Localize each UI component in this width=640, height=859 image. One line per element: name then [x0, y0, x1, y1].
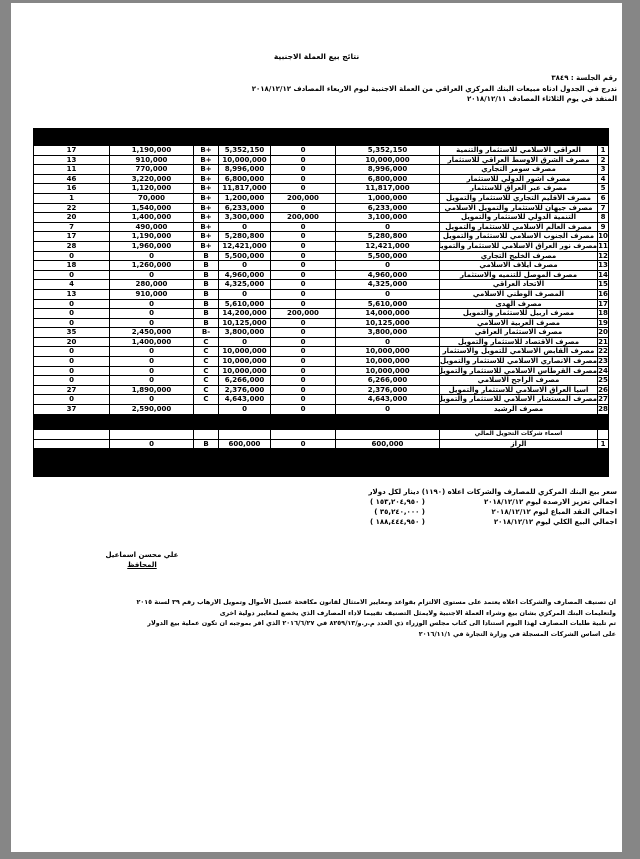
bank-name-cell: مصرف الأقليم التجاري للاستثمار والتمويل [440, 193, 598, 203]
bank-name-cell: مصرف الاستثمار العراقي [440, 328, 598, 338]
redacted-footer-bar [34, 449, 609, 477]
total-cell: 1,200,000 [219, 193, 271, 203]
bank-row: 26اسيا العراق الاسلامي للاستثمار والتموي… [34, 385, 609, 395]
cash-sold-cell: 0 [271, 165, 336, 175]
citizen-amount-cell: 0 [110, 439, 194, 449]
bank-row: 4مصرف اشور الدولي للاستثمار6,800,00006,8… [34, 174, 609, 184]
cash-sold-cell: 0 [271, 203, 336, 213]
remittances-cell: 5,500,000 [336, 251, 440, 261]
remittances-cell: 2,376,000 [336, 385, 440, 395]
remittances-cell [336, 429, 440, 439]
serial-cell: 17 [598, 299, 609, 309]
bank-row: 6مصرف الأقليم التجاري للاستثمار والتمويل… [34, 193, 609, 203]
grade-cell: B [194, 318, 219, 328]
cash-sold-cell: 0 [271, 155, 336, 165]
citizen-count-cell: 37 [34, 405, 110, 415]
document-page: نتائج بيع العملة الاجنبية رقم الجلسة : ٣… [11, 3, 622, 852]
summary-block: سعر بيع البنك المركزي للمصارف والشركات ا… [11, 487, 617, 527]
remittances-cell: 10,000,000 [336, 155, 440, 165]
citizen-count-cell: 7 [34, 222, 110, 232]
citizen-amount-cell: 0 [110, 251, 194, 261]
serial-cell: 25 [598, 376, 609, 386]
citizen-count-cell: 18 [34, 261, 110, 271]
cash-sold-cell: 0 [271, 357, 336, 367]
citizen-amount-cell: 0 [110, 357, 194, 367]
total-cell: 3,800,000 [219, 328, 271, 338]
intro-line: ندرج في الجدول ادناه مبيعات البنك المركز… [21, 84, 617, 95]
citizen-amount-cell: 0 [110, 299, 194, 309]
serial-cell: 7 [598, 203, 609, 213]
grade-cell: B [194, 439, 219, 449]
bank-row: 3مصرف سومر التجاري8,996,00008,996,000B+7… [34, 165, 609, 175]
remittances-cell: 0 [336, 289, 440, 299]
citizen-count-cell: 46 [34, 174, 110, 184]
page-title: نتائج بيع العملة الاجنبية [11, 52, 622, 61]
citizen-count-cell: 1 [34, 193, 110, 203]
grade-cell: B+ [194, 232, 219, 242]
transfer-company-row: 1الراز600,0000600,000B0 [34, 439, 609, 449]
bank-name-cell: مصرف نور العراق الاسلامي للاستثمار والتم… [440, 241, 598, 251]
citizen-count-cell: 0 [34, 357, 110, 367]
citizen-count-cell: 0 [34, 299, 110, 309]
citizen-count-cell: 0 [34, 376, 110, 386]
total-cell: 14,200,000 [219, 309, 271, 319]
summary-total-lines: اجمالي تعزيز الارصدة ليوم ٢٠١٨/١٢/١٢( ١٥… [11, 497, 617, 527]
citizen-amount-cell: 0 [110, 318, 194, 328]
exchange-rate-line: سعر بيع البنك المركزي للمصارف والشركات ا… [11, 487, 617, 497]
grade-cell: B+ [194, 165, 219, 175]
remittances-cell: 14,000,000 [336, 309, 440, 319]
grade-cell: B [194, 261, 219, 271]
grade-cell: C [194, 347, 219, 357]
citizen-amount-cell: 910,000 [110, 289, 194, 299]
citizen-amount-cell: 770,000 [110, 165, 194, 175]
cash-sold-cell: 0 [271, 184, 336, 194]
cash-sold-cell: 0 [271, 261, 336, 271]
total-cell: 8,996,000 [219, 165, 271, 175]
governor-title: المحافظ [83, 560, 201, 570]
cash-sold-cell: 0 [271, 289, 336, 299]
serial-cell: 20 [598, 328, 609, 338]
bank-name-cell: الاتحاد العراقي [440, 280, 598, 290]
grade-cell: B+ [194, 174, 219, 184]
total-cell: 11,817,000 [219, 184, 271, 194]
total-cell: 0 [219, 261, 271, 271]
bank-row: 8التنمية الدولي للاستثمار والتمويل3,100,… [34, 213, 609, 223]
transfer-companies-section-row: اسماء شركات التحويل المالي [34, 429, 609, 439]
remittances-cell: 10,000,000 [336, 347, 440, 357]
serial-cell: 21 [598, 337, 609, 347]
citizen-count-cell [34, 429, 110, 439]
total-cell: 5,500,000 [219, 251, 271, 261]
total-cell: 600,000 [219, 439, 271, 449]
serial-cell: 2 [598, 155, 609, 165]
serial-cell: 22 [598, 347, 609, 357]
citizen-count-cell: 22 [34, 203, 110, 213]
citizen-amount-cell: 1,540,000 [110, 203, 194, 213]
redacted-black-bar [34, 129, 609, 146]
grade-cell: C [194, 376, 219, 386]
remittances-cell: 10,125,000 [336, 318, 440, 328]
bank-row: 17مصرف الهدى5,610,00005,610,000B00 [34, 299, 609, 309]
citizen-amount-cell: 0 [110, 309, 194, 319]
bank-name-cell: مصرف العالم الاسلامي للاستثمار والتمويل [440, 222, 598, 232]
serial-cell: 23 [598, 357, 609, 367]
serial-cell: 3 [598, 165, 609, 175]
citizen-amount-cell: 2,590,000 [110, 405, 194, 415]
citizen-amount-cell: 70,000 [110, 193, 194, 203]
serial-cell: 5 [598, 184, 609, 194]
grade-cell: B+ [194, 184, 219, 194]
serial-cell: 15 [598, 280, 609, 290]
bank-name-cell: مصرف العربية الاسلامي [440, 318, 598, 328]
total-cell: 10,000,000 [219, 366, 271, 376]
total-cell: 0 [219, 405, 271, 415]
citizen-count-cell: 27 [34, 385, 110, 395]
bank-name-cell: المصرف الوطني الاسلامي [440, 289, 598, 299]
serial-cell: 1 [598, 146, 609, 156]
remittances-cell: 0 [336, 261, 440, 271]
total-cell: 4,960,000 [219, 270, 271, 280]
bank-row: 21مصرف الأقتصاد للاستثمار والتمويل000C1,… [34, 337, 609, 347]
bank-name-cell: مصرف الرشيد [440, 405, 598, 415]
cash-sold-cell: 0 [271, 385, 336, 395]
citizen-amount-cell: 1,120,000 [110, 184, 194, 194]
cash-sold-cell: 0 [271, 222, 336, 232]
bank-name-cell: مصرف سومر التجاري [440, 165, 598, 175]
bank-row: 12مصرف الخليج التجاري5,500,00005,500,000… [34, 251, 609, 261]
total-cell: 6,266,000 [219, 376, 271, 386]
citizen-amount-cell: 1,190,000 [110, 146, 194, 156]
grade-cell: B [194, 251, 219, 261]
footnote-line: ولتعليمات البنك المركزي بشان بيع وشراء ا… [25, 608, 616, 619]
bank-row: 18مصرف اربيل للاستثمار والتمويل14,000,00… [34, 309, 609, 319]
bank-row: 15الاتحاد العراقي4,325,00004,325,000B280… [34, 280, 609, 290]
cash-sold-cell: 0 [271, 280, 336, 290]
citizen-count-cell [34, 439, 110, 449]
bank-name-cell: مصرف الهدى [440, 299, 598, 309]
cash-sold-cell: 200,000 [271, 309, 336, 319]
redacted-table-header-bar [34, 129, 609, 146]
bank-name-cell: مصرف جيهان للاستثمار والتمويل الاسلامي [440, 203, 598, 213]
grade-cell: B [194, 299, 219, 309]
total-cell: 4,325,000 [219, 280, 271, 290]
remittances-cell: 11,817,000 [336, 184, 440, 194]
total-cell: 10,000,000 [219, 155, 271, 165]
citizen-amount-cell: 0 [110, 270, 194, 280]
citizen-count-cell: 0 [34, 395, 110, 405]
cash-sold-cell [271, 429, 336, 439]
citizen-count-cell: 16 [34, 184, 110, 194]
footnote-line: تم تلبية طلبات المصارف لهذا اليوم استناد… [25, 618, 616, 629]
bank-row: 13مصرف ايلاف الاسلامي000B1,260,00018 [34, 261, 609, 271]
serial-cell: 8 [598, 213, 609, 223]
bank-name-cell: مصرف عبر العراق للاستثمار [440, 184, 598, 194]
redacted-black-bar [34, 449, 609, 477]
bank-name-cell: مصرف الموصل للتنميه والاستثمار [440, 270, 598, 280]
grade-cell: B [194, 289, 219, 299]
total-cell [219, 429, 271, 439]
total-cell: 10,125,000 [219, 318, 271, 328]
grade-cell [194, 429, 219, 439]
remittances-cell: 3,800,000 [336, 328, 440, 338]
citizen-count-cell: 0 [34, 309, 110, 319]
exchange-rate-text: سعر بيع البنك المركزي للمصارف والشركات ا… [369, 487, 617, 497]
serial-cell: 16 [598, 289, 609, 299]
bank-row: 16المصرف الوطني الاسلامي000B910,00013 [34, 289, 609, 299]
remittances-cell: 4,960,000 [336, 270, 440, 280]
cash-sold-cell: 0 [271, 232, 336, 242]
citizen-count-cell: 4 [34, 280, 110, 290]
citizen-count-cell: 20 [34, 213, 110, 223]
summary-line-label: اجمالي النقد المباع ليوم ٢٠١٨/١٢/١٢ [425, 507, 617, 517]
serial-cell: 4 [598, 174, 609, 184]
total-cell: 0 [219, 289, 271, 299]
redacted-black-bar [34, 414, 609, 429]
serial-cell: 1 [598, 439, 609, 449]
remittances-cell: 12,421,000 [336, 241, 440, 251]
bank-row: 7مصرف جيهان للاستثمار والتمويل الاسلامي6… [34, 203, 609, 213]
bank-name-cell: مصرف القابض الاسلامي للتمويل والاستثمار [440, 347, 598, 357]
citizen-count-cell: 0 [34, 251, 110, 261]
total-cell: 10,000,000 [219, 347, 271, 357]
bank-name-cell: الراز [440, 439, 598, 449]
citizen-count-cell: 13 [34, 155, 110, 165]
serial-cell: 24 [598, 366, 609, 376]
total-cell: 0 [219, 222, 271, 232]
citizen-amount-cell: 1,260,000 [110, 261, 194, 271]
grade-cell: C [194, 366, 219, 376]
session-number-line: رقم الجلسة : ٣٨٤٩ [21, 73, 617, 84]
summary-line-value: ( ١٨٨,٤٤٤,٩٥٠ ) [370, 517, 425, 527]
citizen-amount-cell: 0 [110, 376, 194, 386]
total-cell: 5,352,150 [219, 146, 271, 156]
serial-cell: 19 [598, 318, 609, 328]
remittances-cell: 0 [336, 337, 440, 347]
grade-cell: C [194, 357, 219, 367]
section-title-cell: اسماء شركات التحويل المالي [440, 429, 598, 439]
total-cell: 6,800,000 [219, 174, 271, 184]
cash-sold-cell: 0 [271, 395, 336, 405]
bank-row: 9مصرف العالم الاسلامي للاستثمار والتمويل… [34, 222, 609, 232]
grade-cell: B+ [194, 222, 219, 232]
bank-row: 23مصرف الانصاري الاسلامي للاستثمار والتم… [34, 357, 609, 367]
bank-name-cell: مصرف الراجح الاسلامي [440, 376, 598, 386]
cash-sold-cell: 0 [271, 318, 336, 328]
bank-row: 25مصرف الراجح الاسلامي6,266,00006,266,00… [34, 376, 609, 386]
bank-row: 19مصرف العربية الاسلامي10,125,000010,125… [34, 318, 609, 328]
cash-sold-cell: 0 [271, 174, 336, 184]
bank-name-cell: اسيا العراق الاسلامي للاستثمار والتمويل [440, 385, 598, 395]
grade-cell: B+ [194, 203, 219, 213]
cash-sold-cell: 0 [271, 299, 336, 309]
cash-sold-cell: 0 [271, 439, 336, 449]
summary-line: اجمالي تعزيز الارصدة ليوم ٢٠١٨/١٢/١٢( ١٥… [11, 497, 617, 507]
grade-cell [194, 405, 219, 415]
summary-line-value: ( ١٥٣,٢٠٤,٩٥٠ ) [370, 497, 425, 507]
citizen-amount-cell: 910,000 [110, 155, 194, 165]
citizen-amount-cell: 1,190,000 [110, 232, 194, 242]
grade-cell: B- [194, 328, 219, 338]
bank-name-cell: مصرف الجنوب الاسلامي للاستثمار والتمويل [440, 232, 598, 242]
citizen-amount-cell: 0 [110, 347, 194, 357]
bank-name-cell: مصرف اشور الدولي للاستثمار [440, 174, 598, 184]
bank-name-cell: مصرف ايلاف الاسلامي [440, 261, 598, 271]
citizen-count-cell: 0 [34, 366, 110, 376]
cash-sold-cell: 0 [271, 270, 336, 280]
grade-cell: B+ [194, 193, 219, 203]
serial-cell: 18 [598, 309, 609, 319]
serial-cell: 14 [598, 270, 609, 280]
remittances-cell: 5,280,800 [336, 232, 440, 242]
bank-row: 1العراقي الاسلامي للاستثمار والتنمية5,35… [34, 146, 609, 156]
bank-name-cell: مصرف الأقتصاد للاستثمار والتمويل [440, 337, 598, 347]
bank-name-cell: مصرف اربيل للاستثمار والتمويل [440, 309, 598, 319]
remittances-cell: 4,643,000 [336, 395, 440, 405]
total-cell: 2,376,000 [219, 385, 271, 395]
cash-sold-cell: 0 [271, 328, 336, 338]
remittances-cell: 1,000,000 [336, 193, 440, 203]
citizen-amount-cell: 0 [110, 395, 194, 405]
bank-row: 5مصرف عبر العراق للاستثمار11,817,000011,… [34, 184, 609, 194]
citizen-amount-cell: 0 [110, 366, 194, 376]
bank-row: 11مصرف نور العراق الاسلامي للاستثمار وال… [34, 241, 609, 251]
citizen-amount-cell: 3,220,000 [110, 174, 194, 184]
footnotes-block: ان تصنيف المصارف والشركات اعلاه يعتمد عل… [25, 597, 616, 639]
bank-row: 24مصرف القرطاس الاسلامي للاستثمار والتمو… [34, 366, 609, 376]
cash-sold-cell: 0 [271, 241, 336, 251]
citizen-amount-cell: 1,890,000 [110, 385, 194, 395]
grade-cell: B [194, 270, 219, 280]
cash-sold-cell: 0 [271, 366, 336, 376]
remittances-cell: 600,000 [336, 439, 440, 449]
grade-cell: C [194, 385, 219, 395]
citizen-count-cell: 0 [34, 347, 110, 357]
bank-row: 10مصرف الجنوب الاسلامي للاستثمار والتموي… [34, 232, 609, 242]
grade-cell: C [194, 395, 219, 405]
bank-row: 2مصرف الشرق الاوسط العراقي للاستثمار10,0… [34, 155, 609, 165]
grade-cell: B+ [194, 146, 219, 156]
cash-sold-cell: 0 [271, 251, 336, 261]
total-cell: 6,233,000 [219, 203, 271, 213]
citizen-count-cell: 35 [34, 328, 110, 338]
remittances-cell: 10,000,000 [336, 366, 440, 376]
bank-name-cell: العراقي الاسلامي للاستثمار والتنمية [440, 146, 598, 156]
cash-sold-cell: 200,000 [271, 213, 336, 223]
citizen-count-cell: 17 [34, 146, 110, 156]
cash-sold-cell: 0 [271, 347, 336, 357]
governor-name: علي محسن اسماعيل [83, 550, 201, 560]
bank-row: 14مصرف الموصل للتنميه والاستثمار4,960,00… [34, 270, 609, 280]
total-cell: 5,610,000 [219, 299, 271, 309]
cash-sold-cell: 0 [271, 405, 336, 415]
serial-cell: 10 [598, 232, 609, 242]
grade-cell: B+ [194, 241, 219, 251]
serial-cell: 11 [598, 241, 609, 251]
serial-cell: 12 [598, 251, 609, 261]
citizen-count-cell: 13 [34, 289, 110, 299]
header-block: رقم الجلسة : ٣٨٤٩ ندرج في الجدول ادناه م… [21, 73, 617, 105]
serial-cell: 9 [598, 222, 609, 232]
remittances-cell: 10,000,000 [336, 357, 440, 367]
bank-row: 28مصرف الرشيد0002,590,00037 [34, 405, 609, 415]
total-cell: 3,300,000 [219, 213, 271, 223]
summary-line: اجمالي البيع الكلي ليوم ٢٠١٨/١٢/١٢( ١٨٨,… [11, 517, 617, 527]
executed-date-line: المنفذ في يوم الثلاثاء المصادف ٢٠١٨/١٢/١… [21, 94, 617, 105]
total-cell: 0 [219, 337, 271, 347]
bank-name-cell: مصرف الشرق الاوسط العراقي للاستثمار [440, 155, 598, 165]
citizen-amount-cell: 490,000 [110, 222, 194, 232]
citizen-amount-cell: 280,000 [110, 280, 194, 290]
serial-cell: 6 [598, 193, 609, 203]
bank-name-cell: مصرف المستشار الاسلامي للاستثمار والتموي… [440, 395, 598, 405]
total-cell: 5,280,800 [219, 232, 271, 242]
cash-sold-cell: 0 [271, 337, 336, 347]
cash-sold-cell: 200,000 [271, 193, 336, 203]
citizen-count-cell: 0 [34, 270, 110, 280]
grade-cell: B [194, 309, 219, 319]
summary-line: اجمالي النقد المباع ليوم ٢٠١٨/١٢/١٢( ٣٥,… [11, 507, 617, 517]
remittances-cell: 0 [336, 405, 440, 415]
grade-cell: C [194, 337, 219, 347]
serial-cell: 28 [598, 405, 609, 415]
serial-cell [598, 429, 609, 439]
bank-name-cell: مصرف الخليج التجاري [440, 251, 598, 261]
remittances-cell: 6,800,000 [336, 174, 440, 184]
citizen-amount-cell [110, 429, 194, 439]
scanned-document-background: { "document": { "title": "نتائج بيع العم… [0, 0, 640, 859]
citizen-count-cell: 28 [34, 241, 110, 251]
grade-cell: B+ [194, 155, 219, 165]
cash-sold-cell: 0 [271, 376, 336, 386]
grade-cell: B [194, 280, 219, 290]
auction-results-table: 1العراقي الاسلامي للاستثمار والتنمية5,35… [33, 128, 609, 477]
citizen-amount-cell: 1,960,000 [110, 241, 194, 251]
grade-cell: B+ [194, 213, 219, 223]
bank-name-cell: مصرف القرطاس الاسلامي للاستثمار والتمويل [440, 366, 598, 376]
total-cell: 12,421,000 [219, 241, 271, 251]
serial-cell: 27 [598, 395, 609, 405]
transfer-company-rows-body: 1الراز600,0000600,000B0 [34, 439, 609, 449]
citizen-count-cell: 17 [34, 232, 110, 242]
serial-cell: 26 [598, 385, 609, 395]
signature-block: علي محسن اسماعيل المحافظ [83, 550, 201, 570]
remittances-cell: 8,996,000 [336, 165, 440, 175]
remittances-cell: 3,100,000 [336, 213, 440, 223]
bank-name-cell: التنمية الدولي للاستثمار والتمويل [440, 213, 598, 223]
cash-sold-cell: 0 [271, 146, 336, 156]
summary-line-value: ( ٣٥,٢٤٠,٠٠٠ ) [374, 507, 425, 517]
total-cell: 10,000,000 [219, 357, 271, 367]
citizen-count-cell: 11 [34, 165, 110, 175]
bank-row: 27مصرف المستشار الاسلامي للاستثمار والتم… [34, 395, 609, 405]
bank-rows-body: 1العراقي الاسلامي للاستثمار والتنمية5,35… [34, 146, 609, 415]
footnote-line: على اساس الشركات المسجلة في وزارة التجار… [25, 629, 616, 640]
citizen-amount-cell: 1,400,000 [110, 337, 194, 347]
remittances-cell: 6,266,000 [336, 376, 440, 386]
bank-name-cell: مصرف الانصاري الاسلامي للاستثمار والتموي… [440, 357, 598, 367]
bank-row: 22مصرف القابض الاسلامي للتمويل والاستثما… [34, 347, 609, 357]
citizen-count-cell: 0 [34, 318, 110, 328]
remittances-cell: 5,352,150 [336, 146, 440, 156]
bank-row: 20مصرف الاستثمار العراقي3,800,00003,800,… [34, 328, 609, 338]
remittances-cell: 4,325,000 [336, 280, 440, 290]
citizen-amount-cell: 1,400,000 [110, 213, 194, 223]
remittances-cell: 6,233,000 [336, 203, 440, 213]
remittances-cell: 0 [336, 222, 440, 232]
redacted-separator-bar [34, 414, 609, 429]
citizen-amount-cell: 2,450,000 [110, 328, 194, 338]
